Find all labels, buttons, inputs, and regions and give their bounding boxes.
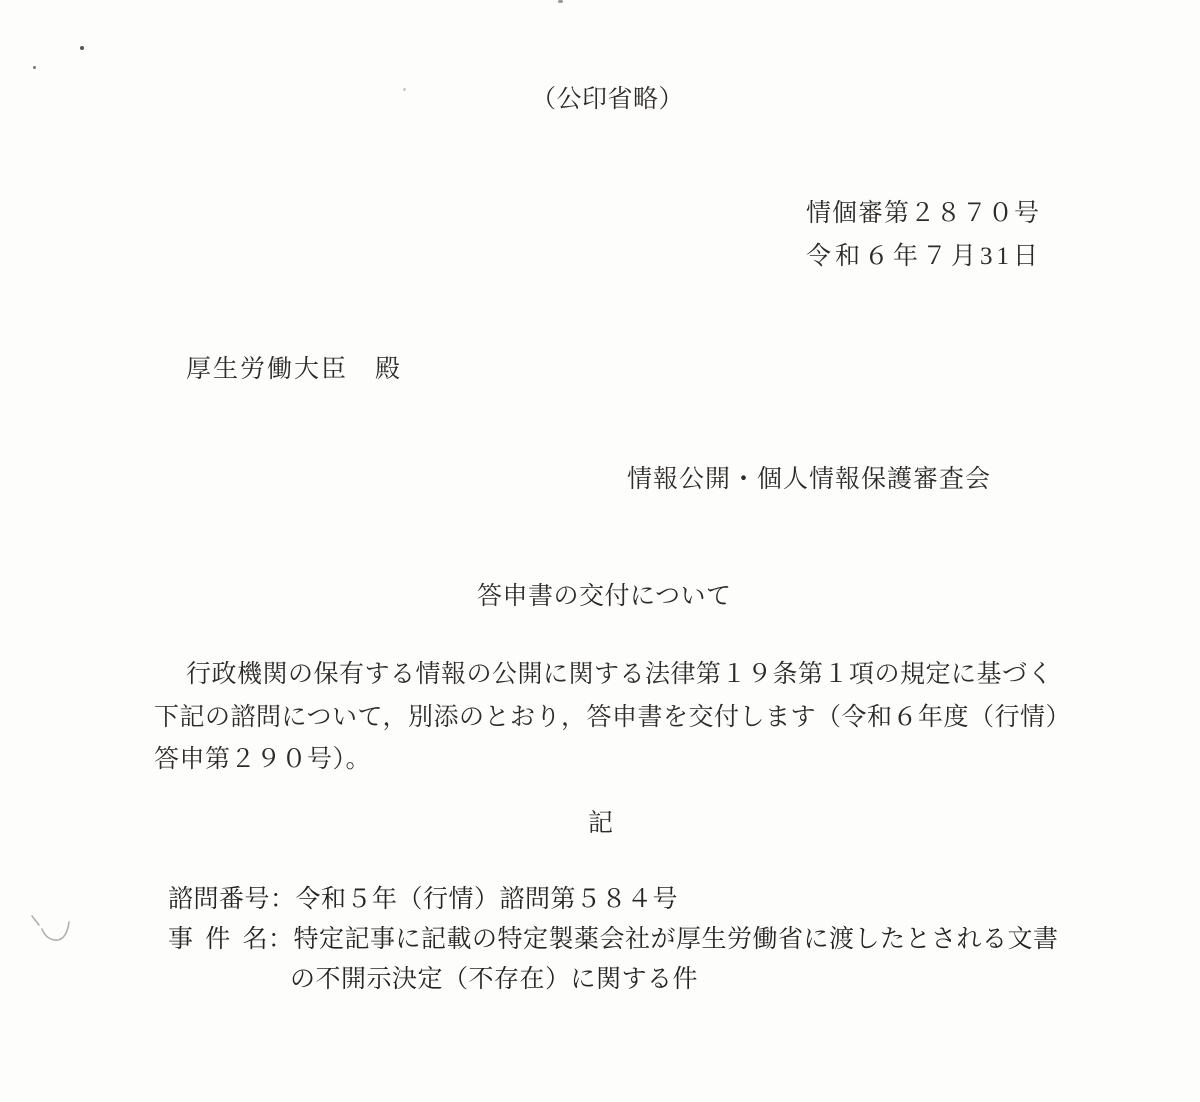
inquiry-number-value: 令和５年（行情）諮問第５８４号 <box>296 886 679 913</box>
addressee: 厚生労働大臣 殿 <box>186 357 402 382</box>
scan-speck <box>33 66 36 69</box>
seal-omitted-note: （公印省略） <box>531 87 684 112</box>
case-name-value: 特定記事に記載の特定製薬会社が厚生労働省に渡したとされる文書 <box>294 926 1059 953</box>
scan-speck <box>403 88 406 91</box>
scan-speck <box>558 0 563 3</box>
body-paragraph-line: 行政機関の保有する情報の公開に関する法律第１９条第１項の規定に基づく <box>186 662 1053 687</box>
inquiry-number-label: 諮問番号： <box>168 886 296 913</box>
inquiry-number-line: 諮問番号：令和５年（行情）諮問第５８４号 <box>168 887 678 912</box>
record-marker: 記 <box>588 811 614 836</box>
pen-mark <box>24 898 84 954</box>
case-name-continuation: の不開示決定（不存在）に関する件 <box>290 967 698 992</box>
document-date: 令和６年７月31日 <box>806 244 1042 269</box>
case-name-label: 事 件 名： <box>168 926 294 953</box>
body-paragraph-line: 答申第２９０号）。 <box>154 747 371 772</box>
scan-speck <box>80 46 84 50</box>
reference-number: 情個審第２８７０号 <box>806 201 1040 226</box>
sender-organization: 情報公開・個人情報保護審査会 <box>627 467 991 492</box>
case-name-line: 事 件 名：特定記事に記載の特定製薬会社が厚生労働省に渡したとされる文書 <box>168 927 1059 952</box>
scanned-letter-page: （公印省略） 情個審第２８７０号 令和６年７月31日 厚生労働大臣 殿 情報公開… <box>0 0 1200 1102</box>
subject-title: 答申書の交付について <box>477 584 732 609</box>
body-paragraph-line: 下記の諮問について，別添のとおり，答申書を交付します（令和６年度（行情） <box>154 705 1071 730</box>
